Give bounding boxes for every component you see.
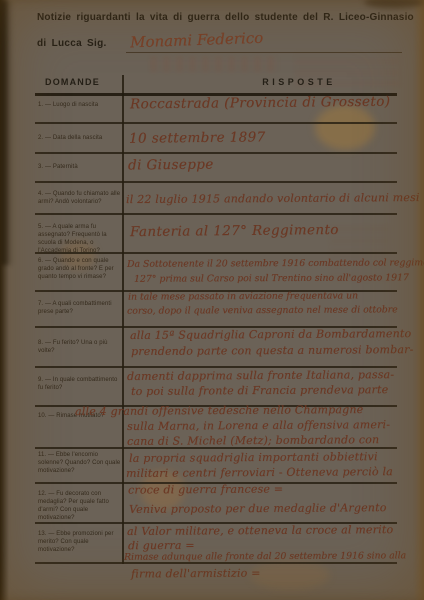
table-rule [35,213,397,215]
question-7: 7. — A quali combattimenti prese parte? [38,300,122,316]
answer-medals-line-1: Veniva proposto per due medaglie d'Argen… [129,501,387,516]
table-rule [35,122,397,124]
question-4: 4. — Quando fu chiamato alle armi? Andò … [38,190,122,206]
table-rule [35,152,397,154]
table-rule [35,181,397,183]
page-binding-shadow [0,0,13,265]
answer-offensives-line-3: cana di S. Michel (Metz); bombardando co… [127,433,379,448]
answer-squadron-line-1: alla 15ª Squadriglia Caproni da Bombarda… [130,327,411,342]
answer-medals-line-2: al Valor militare, e otteneva la croce a… [127,523,393,538]
answer-closing-line-2: firma dell'armistizio = [131,567,261,581]
answer-birthplace: Roccastrada (Provincia di Grosseto) [130,94,391,113]
answer-targets-line-1: la propria squadriglia importanti obbiet… [129,450,378,465]
question-12: 12. — Fu decorato con medaglia? Per qual… [38,490,122,522]
question-3: 3. — Paternità [38,163,122,171]
question-13: 13. — Ebbe promozioni per merito? Con qu… [38,530,122,554]
answer-aviation-line-2: corso, dopo il quale veniva assegnato ne… [127,304,398,316]
question-6: 6. — Quando e con quale grado andò al fr… [38,257,122,281]
answer-targets-line-2: militari e centri ferroviari - Otteneva … [126,465,393,480]
answer-call-to-arms: il 22 luglio 1915 andando volontario di … [126,191,420,206]
scanned-document-page: Notizie riguardanti la vita di guerra de… [0,0,424,600]
student-name-handwritten: Monami Federico [130,29,264,52]
signature-underline [126,52,402,53]
answer-offensives-line-1: alle 4 grandi offensive tedesche nello C… [75,403,363,418]
answer-offensives-line-2: sulla Marna, in Lorena e alla offensiva … [127,418,390,433]
answer-french-cross: croce di guerra francese = [128,482,283,496]
document-title: Notizie riguardanti la vita di guerra de… [37,12,414,23]
table-rule [35,447,397,449]
ink-bleed-through [150,56,280,72]
answer-assigned-arm: Fanteria al 127° Reggimento [130,222,339,240]
answer-medals-line-3: di guerra = [128,539,195,552]
column-header-risposte: RISPOSTE [204,77,394,87]
question-5: 5. — A quale arma fu assegnato? Frequent… [38,223,122,255]
answer-squadron-line-2: prendendo parte con questa a numerosi bo… [131,343,414,358]
paper-stain [315,105,375,150]
table-column-divider [122,75,124,564]
answer-fronts-line-2: to poi sulla fronte di Francia prendeva … [131,383,388,398]
column-header-domande: DOMANDE [45,77,100,87]
answer-birthdate: 10 settembre 1897 [129,129,266,146]
paper-stain [250,560,330,590]
question-9: 9. — In quale combattimento fu ferito? [38,376,122,392]
question-8: 8. — Fu ferito? Una o più volte? [38,339,122,355]
answer-front-line-1: Da Sottotenente il 20 settembre 1916 com… [127,257,424,270]
answer-fronts-line-1: damenti dapprima sulla fronte Italiana, … [127,368,394,383]
answer-aviation-line-1: in tale mese passato in aviazione freque… [128,290,358,302]
question-2: 2. — Data della nascita [38,134,122,142]
question-11: 11. — Ebbe l'encomio solenne? Quando? Co… [38,451,122,475]
page-edge-shadow [413,0,424,600]
answer-paternity: di Giuseppe [128,157,214,174]
answer-front-line-2: 127° prima sul Carso poi sul Trentino si… [134,272,409,284]
question-1: 1. — Luogo di nascita [38,101,122,109]
table-rule [35,562,397,564]
answer-closing-line-1: Rimase adunque alle fronte dal 20 settem… [124,550,406,562]
document-subtitle: di Lucca Sig. [37,38,107,49]
